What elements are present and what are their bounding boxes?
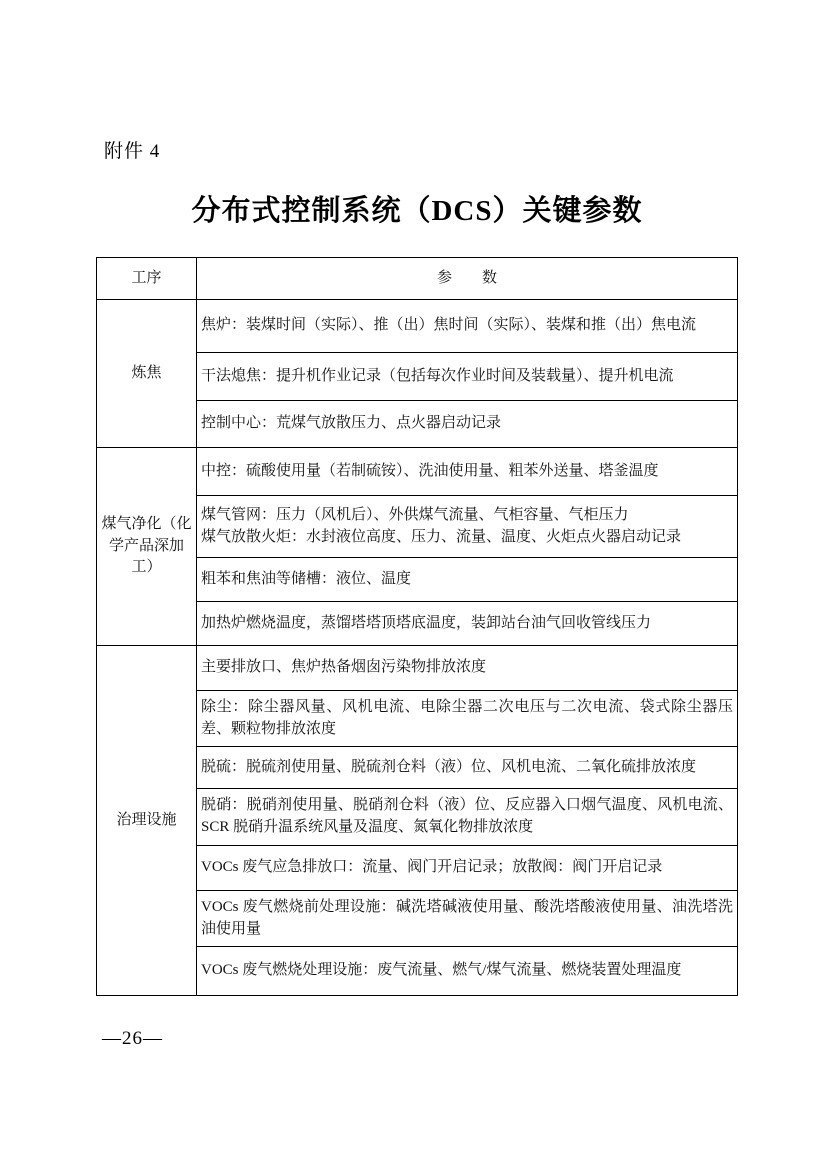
parameter-cell: 中控：硫酸使用量（若制硫铵）、洗油使用量、粗苯外送量、塔釜温度 (197, 448, 738, 496)
col-header-parameter: 参 数 (197, 258, 738, 300)
parameter-cell: 干法熄焦：提升机作业记录（包括每次作业时间及装载量）、提升机电流 (197, 353, 738, 401)
parameter-cell: VOCs 废气燃烧前处理设施：碱洗塔碱液使用量、酸洗塔酸液使用量、油洗塔洗油使用… (197, 891, 738, 947)
parameter-cell: 加热炉燃烧温度，蒸馏塔塔顶塔底温度，装卸站台油气回收管线压力 (197, 602, 738, 646)
parameter-cell: 脱硫：脱硫剂使用量、脱硫剂仓料（液）位、风机电流、二氧化硫排放浓度 (197, 747, 738, 789)
parameter-cell: VOCs 废气应急排放口：流量、阀门开启记录；放散阀：阀门开启记录 (197, 846, 738, 891)
process-group-cell-treatment-facilities: 治理设施 (97, 646, 197, 996)
parameter-cell: 煤气管网：压力（风机后）、外供煤气流量、气柜容量、气柜压力 煤气放散火炬：水封液… (197, 496, 738, 558)
table-row: 炼焦 焦炉：装煤时间（实际）、推（出）焦时间（实际）、装煤和推（出）焦电流 (97, 300, 738, 353)
parameter-cell: 除尘：除尘器风量、风机电流、电除尘器二次电压与二次电流、袋式除尘器压差、颗粒物排… (197, 691, 738, 747)
parameter-cell: 控制中心：荒煤气放散压力、点火器启动记录 (197, 401, 738, 448)
table-header-row: 工序 参 数 (97, 258, 738, 300)
parameter-cell: 主要排放口、焦炉热备烟囱污染物排放浓度 (197, 646, 738, 691)
doc-title: 分布式控制系统（DCS）关键参数 (96, 188, 738, 229)
process-group-cell-coking: 炼焦 (97, 300, 197, 448)
table-row: 治理设施 主要排放口、焦炉热备烟囱污染物排放浓度 (97, 646, 738, 691)
parameter-cell: 粗苯和焦油等储槽：液位、温度 (197, 558, 738, 602)
process-group-cell-gas-purification: 煤气净化（化学产品深加工） (97, 448, 197, 646)
parameter-cell: 焦炉：装煤时间（实际）、推（出）焦时间（实际）、装煤和推（出）焦电流 (197, 300, 738, 353)
document-page: 附件 4 分布式控制系统（DCS）关键参数 工序 参 数 炼焦 焦炉：装煤时间（… (0, 0, 826, 1169)
attachment-label: 附件 4 (104, 136, 160, 163)
parameter-cell: 脱硝：脱硝剂使用量、脱硝剂仓料（液）位、反应器入口烟气温度、风机电流、SCR 脱… (197, 789, 738, 846)
col-header-process: 工序 (97, 258, 197, 300)
table-row: 煤气净化（化学产品深加工） 中控：硫酸使用量（若制硫铵）、洗油使用量、粗苯外送量… (97, 448, 738, 496)
page-number: —26— (102, 1028, 163, 1050)
parameter-cell: VOCs 废气燃烧处理设施：废气流量、燃气/煤气流量、燃烧装置处理温度 (197, 947, 738, 996)
params-table: 工序 参 数 炼焦 焦炉：装煤时间（实际）、推（出）焦时间（实际）、装煤和推（出… (96, 257, 738, 996)
